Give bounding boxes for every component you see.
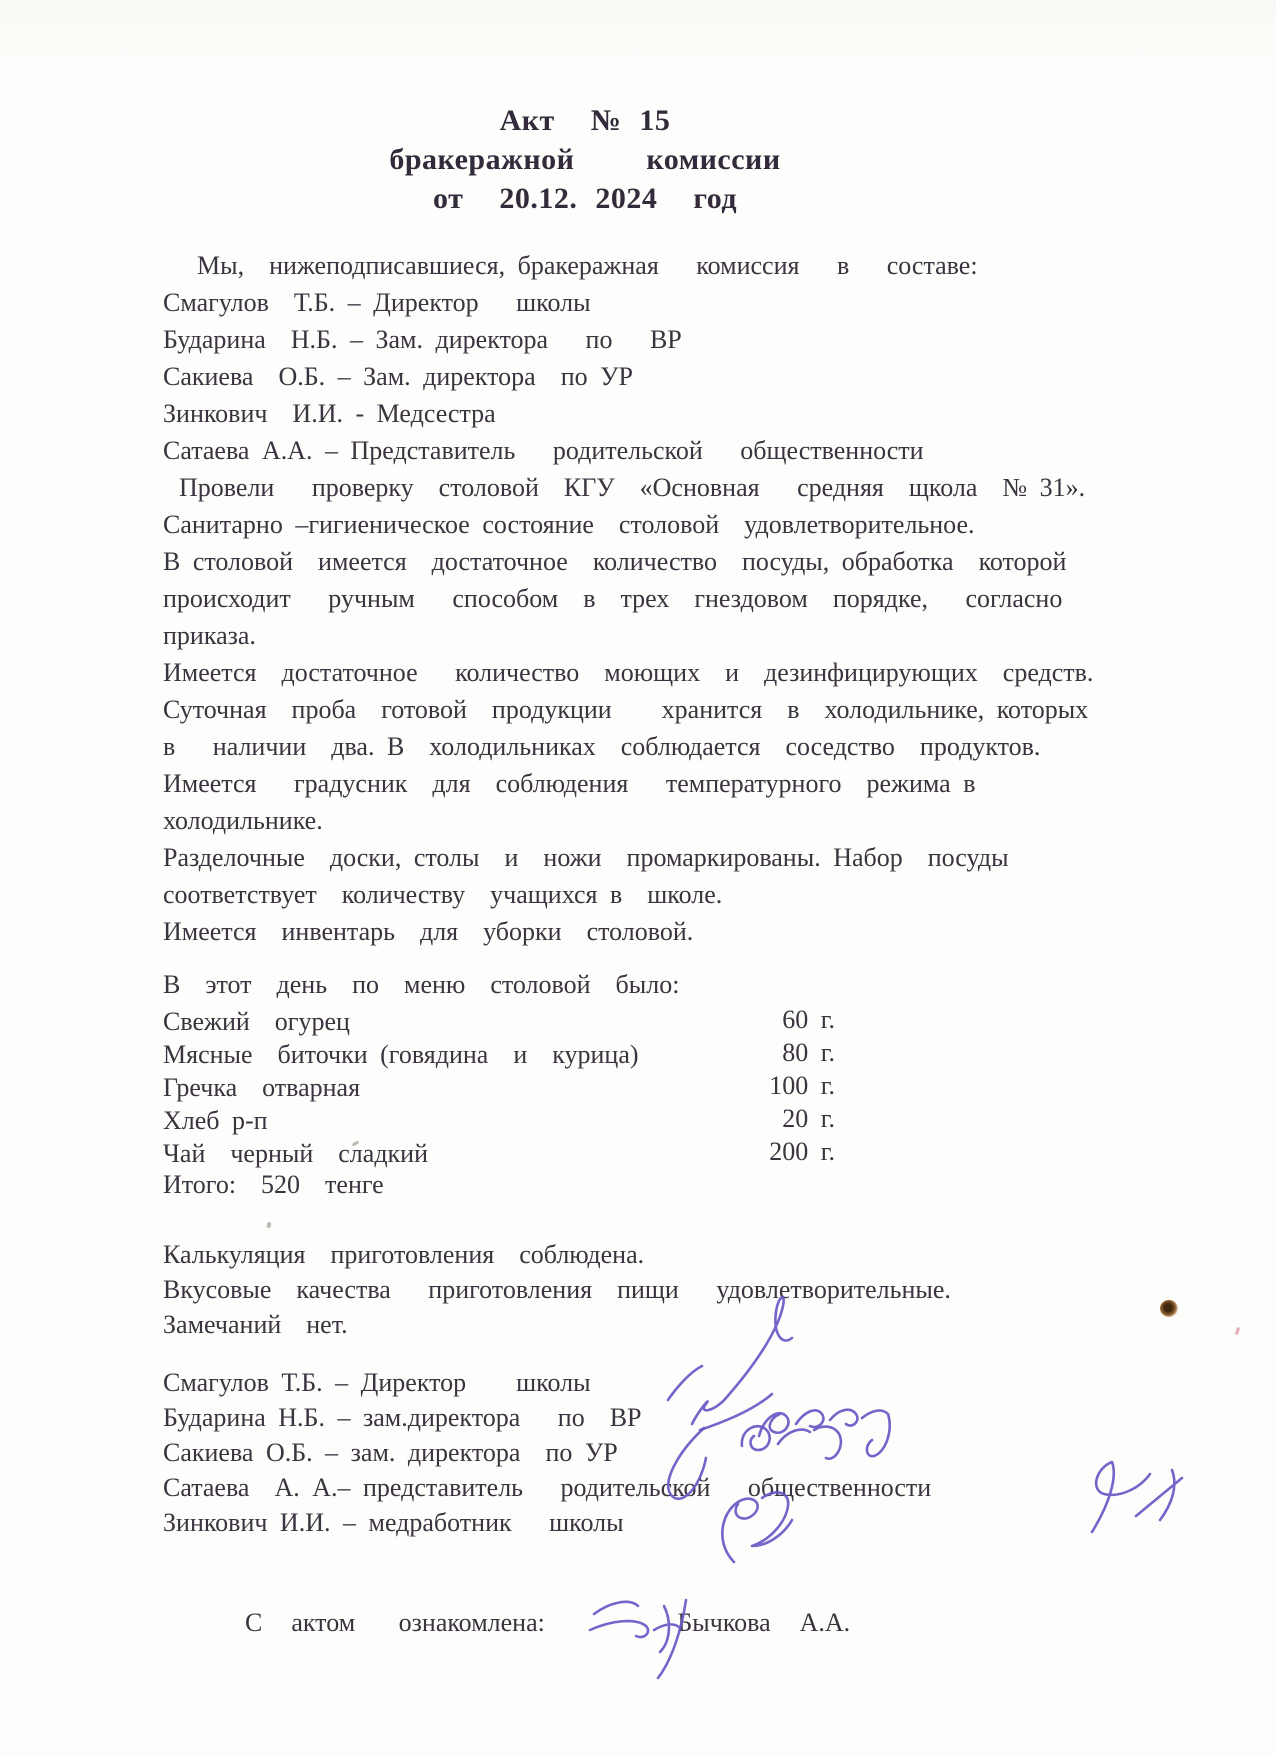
commission-member: Сакиева О.Б. – Зам. директора по УР <box>163 364 1093 401</box>
ink-speck <box>1160 1300 1178 1317</box>
title-commission: бракеражной комиссии <box>0 145 1170 175</box>
body-line: приказа. <box>163 623 1093 660</box>
acknowledgement-name: Бычкова А.А. <box>677 1608 850 1637</box>
menu-item: Мясные биточки (говядина и курица) 80 г. <box>163 1040 1063 1073</box>
signatory-sakieva: Сакиева О.Б. – зам. директора по УР <box>163 1440 931 1475</box>
menu-item: Хлеб р-п 20 г. <box>163 1106 1063 1139</box>
body-line: происходит ручным способом в трех гнездо… <box>163 586 1093 623</box>
acknowledgement-line: С актом ознакомлена: Бычкова А.А. <box>245 1608 850 1638</box>
signature-sataeva-icon <box>1092 1462 1182 1532</box>
signatory-budarina: Бударина Н.Б. – зам.директора по ВР <box>163 1405 931 1440</box>
menu-heading: В этот день по меню столовой было: <box>163 972 1063 1007</box>
signatory-sataeva: Сатаева А. А.– представитель родительско… <box>163 1475 931 1510</box>
scan-speck <box>1235 1327 1240 1336</box>
signatory-zinkovich: Зинкович И.И. – медработник школы <box>163 1510 931 1545</box>
commission-member: Сатаева А.А. – Представитель родительско… <box>163 438 1093 475</box>
document-body: Мы, нижеподписавшиеся, бракеражная комис… <box>163 253 1093 956</box>
body-line: Имеется достаточное количество моющих и … <box>163 660 1093 697</box>
menu-item-name: Мясные биточки (говядина и курица) <box>163 1040 639 1069</box>
menu-item-amount: 100 г. <box>715 1073 835 1099</box>
menu-item-amount: 20 г. <box>715 1106 835 1132</box>
commission-member: Бударина Н.Б. – Зам. директора по ВР <box>163 327 1093 364</box>
menu-item-name: Чай черный сладкий <box>163 1139 428 1168</box>
menu-item: Гречка отварная 100 г. <box>163 1073 1063 1106</box>
menu-item-name: Гречка отварная <box>163 1073 360 1102</box>
conclusion: Калькуляция приготовления соблюдена. Вку… <box>163 1242 951 1347</box>
body-line: холодильнике. <box>163 808 1093 845</box>
title-date: от 20.12. 2024 год <box>0 184 1170 214</box>
commission-member: Зинкович И.И. - Медсестра <box>163 401 1093 438</box>
signature-block: Смагулов Т.Б. – Директор школы Бударина … <box>163 1370 931 1545</box>
signatory-smagulov: Смагулов Т.Б. – Директор школы <box>163 1370 931 1405</box>
body-line: Суточная проба готовой продукции хранитс… <box>163 697 1093 734</box>
scan-speck <box>266 1222 271 1229</box>
body-line: Санитарно –гигиеническое состояние столо… <box>163 512 1093 549</box>
conclusion-line: Вкусовые качества приготовления пищи удо… <box>163 1277 951 1312</box>
menu-item: Чай черный сладкий 200 г. <box>163 1139 1063 1172</box>
conclusion-line: Замечаний нет. <box>163 1312 951 1347</box>
menu-item-amount: 200 г. <box>715 1139 835 1165</box>
title-act-number: Акт № 15 <box>0 106 1170 136</box>
body-line: соответствует количеству учащихся в школ… <box>163 882 1093 919</box>
body-line: Мы, нижеподписавшиеся, бракеражная комис… <box>163 253 1093 290</box>
body-line: В столовой имеется достаточное количеств… <box>163 549 1093 586</box>
acknowledgement-label: С актом ознакомлена: <box>245 1608 545 1637</box>
menu-item-name: Свежий огурец <box>163 1007 350 1036</box>
menu-item: Свежий огурец 60 г. <box>163 1007 1063 1040</box>
commission-member: Смагулов Т.Б. – Директор школы <box>163 290 1093 327</box>
menu-total: Итого: 520 тенге <box>163 1172 1063 1205</box>
scanned-act-document: Акт № 15 бракеражной комиссии от 20.12. … <box>0 0 1276 1755</box>
body-line: Провели проверку столовой КГУ «Основная … <box>163 475 1093 512</box>
conclusion-line: Калькуляция приготовления соблюдена. <box>163 1242 951 1277</box>
body-line: в наличии два. В холодильниках соблюдает… <box>163 734 1093 771</box>
menu-item-name: Хлеб р-п <box>163 1106 268 1135</box>
daily-menu: В этот день по меню столовой было: Свежи… <box>163 972 1063 1205</box>
body-line: Имеется градусник для соблюдения темпера… <box>163 771 1093 808</box>
body-line: Разделочные доски, столы и ножи промарки… <box>163 845 1093 882</box>
document-title: Акт № 15 бракеражной комиссии от 20.12. … <box>0 106 1170 223</box>
menu-item-amount: 80 г. <box>715 1040 835 1066</box>
body-line: Имеется инвентарь для уборки столовой. <box>163 919 1093 956</box>
menu-item-amount: 60 г. <box>715 1007 835 1033</box>
